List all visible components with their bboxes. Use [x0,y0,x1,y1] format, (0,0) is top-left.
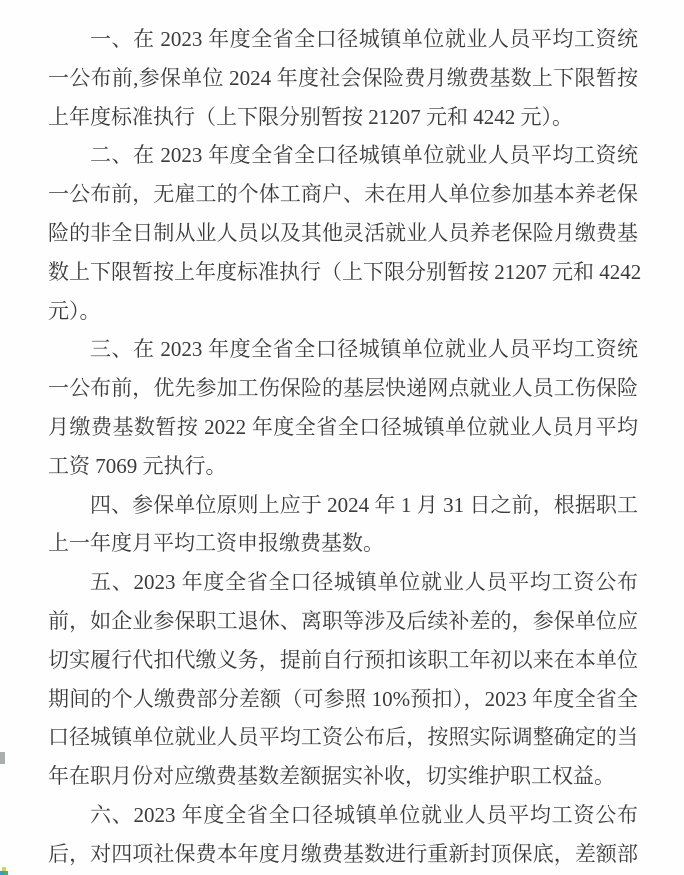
paragraph-4: 四、参保单位原则上应于 2024 年 1 月 31 日之前，根据职工 上一年度月… [48,486,638,564]
document-page: { "page": { "background_color": "#fefefe… [0,0,684,875]
artifact-pixel [4,871,8,875]
text-line: 工资 7069 元执行。 [48,447,638,486]
text-line: 一公布前,参保单位 2024 年度社会保险费月缴费基数上下限暂按 [48,59,638,98]
text-line: 口径城镇单位就业人员平均工资公布后，按照实际调整确定的当 [48,718,638,757]
text-line: 后，对四项社保费本年度月缴费基数进行重新封顶保底，差额部 [48,835,638,874]
text-line: 五、2023 年度全省全口径城镇单位就业人员平均工资公布 [48,563,638,602]
text-line: 年在职月份对应缴费基数差额据实补收，切实维护职工权益。 [48,757,638,796]
paragraph-5: 五、2023 年度全省全口径城镇单位就业人员平均工资公布 前，如企业参保职工退休… [48,563,638,796]
text-line: 一公布前，优先参加工伤保险的基层快递网点就业人员工伤保险 [48,369,638,408]
text-line: 三、在 2023 年度全省全口径城镇单位就业人员平均工资统 [48,330,638,369]
text-line: 上一年度月平均工资申报缴费基数。 [48,524,638,563]
scan-edge-artifact [0,752,5,764]
text-line: 数上下限暂按上年度标准执行（上下限分别暂按 21207 元和 4242 [48,253,638,292]
text-line: 一公布前，无雇工的个体工商户、未在用人单位参加基本养老保 [48,175,638,214]
text-line: 月缴费基数暂按 2022 年度全省全口径城镇单位就业人员月平均 [48,408,638,447]
text-line: 二、在 2023 年度全省全口径城镇单位就业人员平均工资统 [48,136,638,175]
text-line: 切实履行代扣代缴义务，提前自行预扣该职工年初以来在本单位 [48,641,638,680]
text-line: 前，如企业参保职工退休、离职等涉及后续补差的，参保单位应 [48,602,638,641]
text-line: 一、在 2023 年度全省全口径城镇单位就业人员平均工资统 [48,20,638,59]
paragraph-2: 二、在 2023 年度全省全口径城镇单位就业人员平均工资统 一公布前，无雇工的个… [48,136,638,330]
text-line: 上年度标准执行（上下限分别暂按 21207 元和 4242 元）。 [48,98,638,137]
text-line: 险的非全日制从业人员以及其他灵活就业人员养老保险月缴费基 [48,214,638,253]
document-text-block: 一、在 2023 年度全省全口径城镇单位就业人员平均工资统 一公布前,参保单位 … [48,20,638,874]
text-line: 六、2023 年度全省全口径城镇单位就业人员平均工资公布 [48,796,638,835]
text-line: 期间的个人缴费部分差额（可参照 10%预扣），2023 年度全省全 [48,680,638,719]
text-line: 元）。 [48,292,638,331]
scan-corner-artifact [0,866,10,875]
paragraph-6: 六、2023 年度全省全口径城镇单位就业人员平均工资公布 后，对四项社保费本年度… [48,796,638,874]
scanned-page: 一、在 2023 年度全省全口径城镇单位就业人员平均工资统 一公布前,参保单位 … [0,0,684,875]
paragraph-1: 一、在 2023 年度全省全口径城镇单位就业人员平均工资统 一公布前,参保单位 … [48,20,638,136]
paragraph-3: 三、在 2023 年度全省全口径城镇单位就业人员平均工资统 一公布前，优先参加工… [48,330,638,485]
text-line: 四、参保单位原则上应于 2024 年 1 月 31 日之前，根据职工 [48,486,638,525]
artifact-pixel [2,867,6,871]
